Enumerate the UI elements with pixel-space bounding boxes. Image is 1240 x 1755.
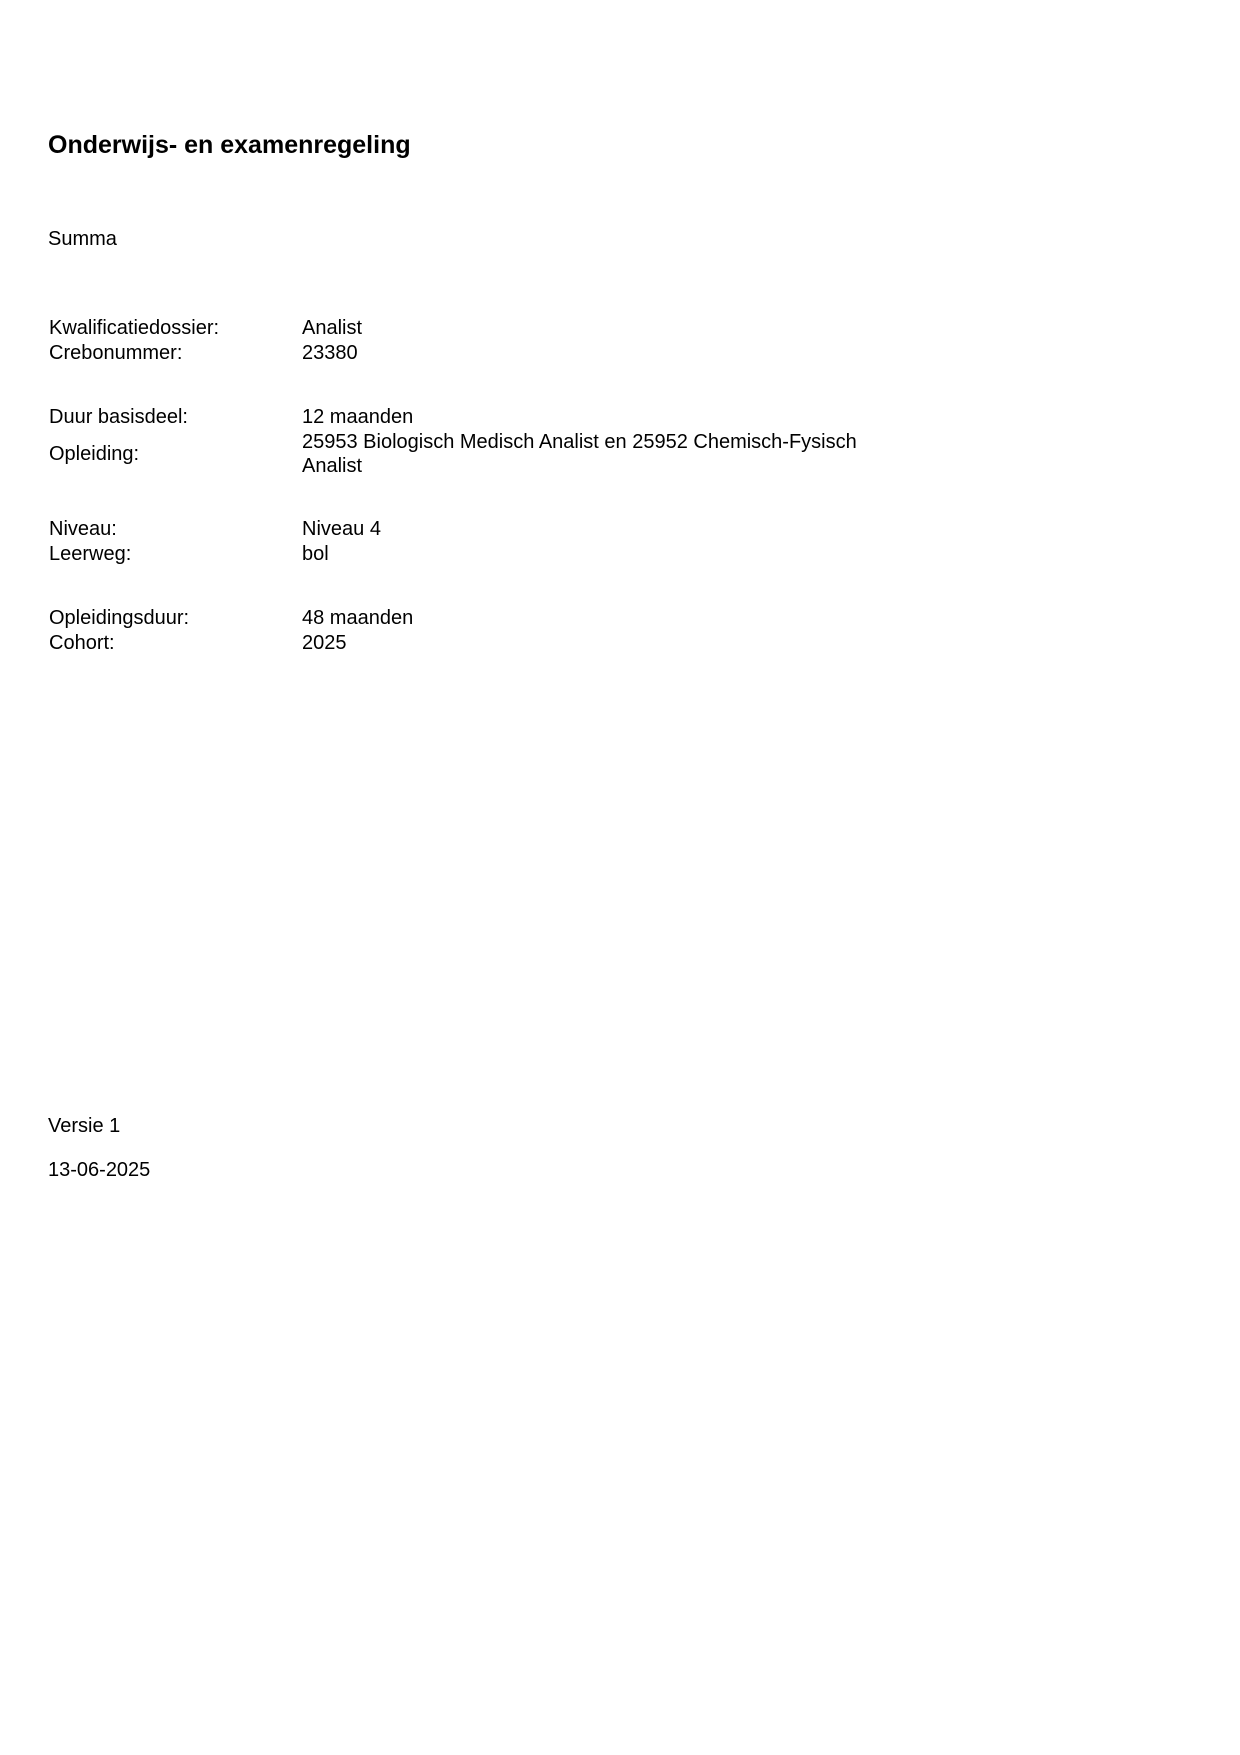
field-value: bol — [302, 542, 922, 566]
document-date: 13-06-2025 — [48, 1158, 150, 1182]
field-label: Duur basisdeel: — [49, 405, 299, 429]
field-value-line: 25953 Biologisch Medisch Analist en 2595… — [302, 430, 922, 454]
field-value-line: Analist — [302, 454, 922, 478]
field-value: Analist — [302, 316, 922, 340]
field-label: Opleidingsduur: — [49, 606, 299, 630]
field-value: 48 maanden — [302, 606, 922, 630]
field-label: Leerweg: — [49, 542, 299, 566]
document-title: Onderwijs- en examenregeling — [48, 130, 411, 160]
field-label: Opleiding: — [49, 442, 299, 466]
field-label: Cohort: — [49, 631, 299, 655]
field-label: Kwalificatiedossier: — [49, 316, 299, 340]
field-value: 23380 — [302, 341, 922, 365]
field-label: Crebonummer: — [49, 341, 299, 365]
field-value: 2025 — [302, 631, 922, 655]
field-value: Niveau 4 — [302, 517, 922, 541]
version-label: Versie 1 — [48, 1114, 120, 1138]
field-label: Niveau: — [49, 517, 299, 541]
field-value: 12 maanden — [302, 405, 922, 429]
organization-name: Summa — [48, 227, 117, 251]
field-value: 25953 Biologisch Medisch Analist en 2595… — [302, 430, 922, 478]
